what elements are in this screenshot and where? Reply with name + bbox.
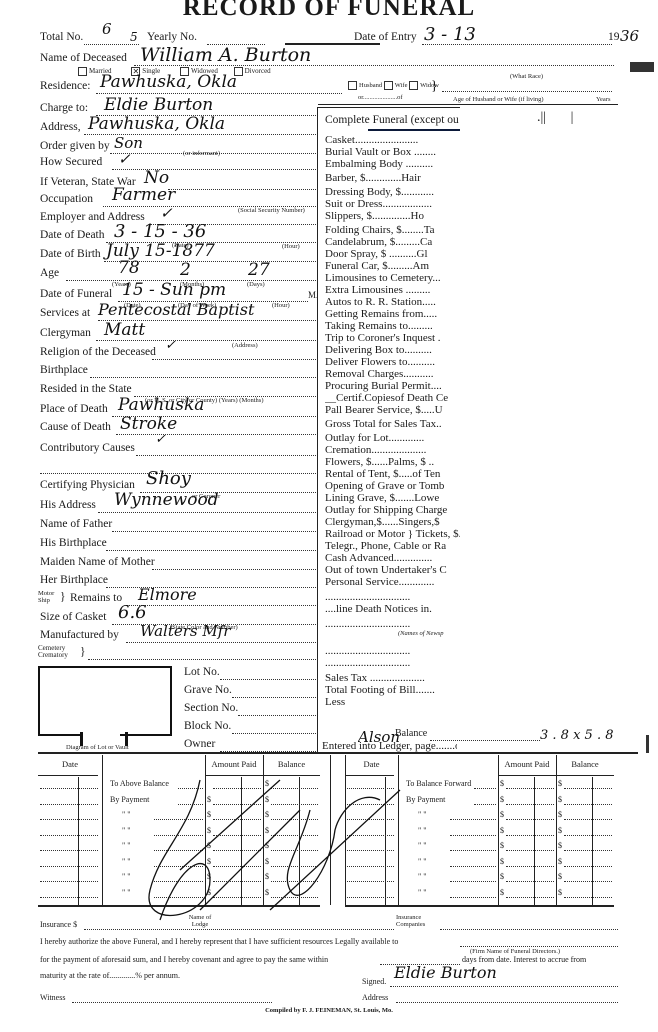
ledger-subcolumn-rule — [534, 777, 535, 905]
how-secured-value[interactable]: ✓ — [118, 150, 131, 168]
his-address-line — [98, 512, 316, 513]
ledger-header-balance: Balance — [263, 759, 320, 769]
address-footer-line — [396, 1002, 618, 1003]
charge-line-item: Outlay for Lot............. — [325, 432, 460, 444]
lot-no-label: Lot No. — [184, 666, 220, 678]
witness-line — [72, 1002, 272, 1003]
cause-label: Cause of Death — [40, 421, 111, 433]
charge-line-item: Getting Remains from..... — [325, 308, 460, 320]
ledger-amount-paid-cell[interactable]: $ — [500, 857, 504, 866]
charge-line-item: Deliver Flowers to.......... — [325, 356, 460, 368]
date-of-funeral-value[interactable]: 15 - Sun pm — [122, 280, 226, 300]
complete-funeral-heading: Complete Funeral (except ou — [325, 114, 460, 126]
ledger-amount-line — [506, 866, 554, 867]
ledger-balance-cell[interactable]: $ — [558, 795, 562, 804]
charge-line-item: Funeral Car, $.........Am — [325, 260, 460, 272]
address-footer-label: Address — [362, 993, 388, 1002]
charge-to-label: Charge to: — [40, 102, 88, 114]
charge-line-item: Personal Service............. — [325, 576, 460, 588]
charge-line-item: Less — [325, 696, 460, 708]
age-years-value[interactable]: 78 — [118, 258, 140, 278]
clergyman-line — [96, 340, 316, 341]
ledger-balance-line — [564, 850, 612, 851]
manufactured-value[interactable]: Walters Mfr — [140, 622, 230, 640]
charge-line-item: Lining Grave, $.......Lowe — [325, 492, 460, 504]
ledger-top-rule — [38, 752, 638, 754]
ledger-description-cell[interactable] — [450, 897, 496, 898]
ledger-balance-line — [564, 804, 612, 805]
what-race-label: (What Race) — [510, 73, 543, 80]
hour-sub: (Hour) — [282, 243, 300, 250]
services-label: Services at — [40, 307, 90, 319]
header-divider — [318, 104, 618, 105]
ledger-column-rule — [556, 755, 557, 905]
payment-text: for the payment of aforesaid sum, and I … — [40, 955, 328, 964]
ledger-date-cell[interactable] — [40, 835, 98, 836]
balance-label: Balance — [395, 728, 427, 739]
ledger-entry-label: Entered into Ledger, page.......or below… — [322, 740, 457, 752]
ledger-header-date: Date — [38, 759, 102, 769]
cause-line — [116, 434, 316, 435]
contributory-value[interactable]: ✓ — [155, 432, 166, 447]
section-no-line — [238, 715, 316, 716]
ledger-header-date: Date — [345, 759, 398, 769]
ledger-balance-line — [564, 819, 612, 820]
employer-value[interactable]: ✓ — [160, 204, 173, 222]
ledger-amount-paid-cell[interactable]: $ — [500, 826, 504, 835]
ledger-amount-paid-cell[interactable]: $ — [500, 810, 504, 819]
charge-line-item: Candelabrum, $.........Ca — [325, 236, 460, 248]
ledger-header-amount-paid: Amount Paid — [498, 759, 556, 769]
balance-scrawl[interactable]: 3 . 8 x 5 . 8 — [540, 728, 613, 743]
ledger-date-cell[interactable] — [40, 804, 98, 805]
his-address-label: His Address — [40, 499, 96, 511]
yearly-no-handwritten[interactable]: 5 — [130, 30, 138, 44]
ledger-description-cell[interactable] — [450, 881, 496, 882]
cemetery-line — [88, 659, 316, 660]
age-spouse-label: Age of Husband or Wife (if living) — [453, 96, 544, 103]
resided-label: Resided in the State — [40, 383, 132, 395]
residence-label: Residence: — [40, 80, 90, 92]
ledger-header-underline — [38, 775, 98, 776]
ledger-amount-line — [506, 897, 554, 898]
father-line — [112, 531, 316, 532]
ledger-balance-line — [564, 881, 612, 882]
address-label: Address, — [40, 121, 81, 133]
ledger-balance-line — [564, 866, 612, 867]
casket-size-value[interactable]: 6.6 — [118, 602, 147, 623]
ledger-column-rule — [102, 755, 103, 905]
ledger-amount-line — [506, 835, 554, 836]
cemetery-brace: } — [80, 646, 86, 658]
ledger-date-cell[interactable] — [40, 788, 98, 789]
contributory-line — [136, 455, 316, 456]
charge-line-item: Rental of Tent, $.....of Ten — [325, 468, 460, 480]
ledger-balance-cell[interactable]: $ — [558, 841, 562, 850]
charge-line-item: Extra Limousines ......... — [325, 284, 460, 296]
marital-divorced[interactable]: Divorced — [234, 67, 271, 75]
charge-line-item: Cash Advanced.............. — [325, 552, 460, 564]
residence-line — [96, 93, 342, 94]
lot-diagram-box — [38, 666, 172, 736]
charge-line-item: Autos to R. R. Station..... — [325, 296, 460, 308]
charge-line-item: Total Footing of Bill....... — [325, 684, 460, 696]
religion-value[interactable]: ✓ — [165, 338, 176, 353]
ink-marks: .|| | — [537, 110, 573, 126]
year-value[interactable]: 36 — [620, 27, 639, 45]
age-days-value[interactable]: 27 — [248, 260, 270, 280]
manufactured-label: Manufactured by — [40, 629, 119, 641]
section-no-label: Section No. — [184, 702, 238, 714]
ledger-header-underline — [498, 775, 614, 776]
religion-line — [152, 359, 316, 360]
place-of-death-value[interactable]: Pawhuska — [118, 395, 204, 415]
ledger-amount-line — [506, 788, 554, 789]
ledger-balance-cell[interactable]: $ — [558, 857, 562, 866]
lodge-label: Name of Lodge — [184, 914, 216, 928]
order-given-label: Order given by — [40, 140, 110, 152]
services-value[interactable]: Pentecostal Baptist — [98, 300, 254, 319]
spouse-line — [442, 91, 612, 92]
charge-line-item: __Certif.Copiesof Death Ce — [325, 392, 460, 404]
charge-line-item: Delivering Box to.......... — [325, 344, 460, 356]
birthplace-label: Birthplace — [40, 364, 88, 376]
occupation-label: Occupation — [40, 193, 93, 205]
ledger-description-cell[interactable] — [450, 866, 496, 867]
clergyman-label: Clergyman — [40, 327, 91, 339]
diagram-opening — [80, 730, 120, 736]
physician-value[interactable]: Shoy — [146, 468, 191, 489]
ledger-date-cell[interactable] — [40, 819, 98, 820]
spouse-or-of: or.....................of — [358, 94, 403, 101]
block-no-label: Block No. — [184, 720, 231, 732]
year-prefix: 19 — [608, 31, 620, 43]
his-address-value[interactable]: Wynnewood — [114, 490, 219, 510]
charge-line-item: Suit or Dress.................. — [325, 198, 460, 210]
motor-ship-label: Motor Ship — [38, 590, 54, 604]
grave-no-line — [232, 697, 316, 698]
charge-line-item: ............................... — [325, 657, 460, 669]
ledger-amount-line — [506, 850, 554, 851]
ledger-header-balance: Balance — [556, 759, 614, 769]
clergyman-value[interactable]: Matt — [104, 320, 145, 340]
remains-to-line — [126, 605, 316, 606]
checkbox-husband[interactable] — [348, 81, 357, 90]
mother-label: Maiden Name of Mother — [40, 556, 155, 568]
signed-line — [390, 986, 618, 987]
signed-value[interactable]: Eldie Burton — [394, 963, 497, 982]
place-of-death-label: Place of Death — [40, 403, 108, 415]
owner-label: Owner — [184, 738, 215, 750]
ledger-date-cell[interactable] — [40, 881, 98, 882]
ledger-description-cell[interactable] — [450, 835, 496, 836]
date-of-birth-label: Date of Birth — [40, 248, 101, 260]
total-no-line — [84, 44, 139, 45]
yearly-no-label: Yearly No. — [147, 31, 197, 43]
total-no-label: Total No. — [40, 31, 83, 43]
charge-line-item: Pall Bearer Service, $.....U — [325, 404, 460, 416]
insurance-companies-line — [440, 929, 618, 930]
or-informant-sub: (or informant) — [183, 150, 220, 157]
charge-line-item: Barber, $.............Hair — [325, 172, 460, 184]
ledger-date-cell[interactable] — [40, 850, 98, 851]
clergy-address-sub: (Address) — [232, 342, 258, 349]
ledger-amount-paid-cell[interactable]: $ — [500, 872, 504, 881]
contributory-label: Contributory Causes — [40, 442, 135, 454]
document-title: RECORD OF FUNERAL — [0, 0, 658, 22]
address-value[interactable]: Pawhuska, Okla — [88, 114, 225, 134]
ledger-balance-cell[interactable]: $ — [558, 810, 562, 819]
ledger-amount-paid-cell[interactable]: $ — [500, 779, 504, 788]
how-secured-label: How Secured — [40, 156, 102, 168]
ledger-balance-line — [564, 835, 612, 836]
ledger-amount-line — [506, 804, 554, 805]
insurance-line — [84, 929, 394, 930]
ssn-sub: (Social Security Number) — [238, 207, 305, 214]
charge-line-item: Burial Vault or Box ........ — [325, 146, 460, 158]
his-birthplace-line — [106, 550, 316, 551]
charge-line-item: Dressing Body, $............ — [325, 186, 460, 198]
grave-no-label: Grave No. — [184, 684, 232, 696]
date-of-funeral-label: Date of Funeral — [40, 288, 112, 300]
date-of-entry-value[interactable]: 3 - 13 — [424, 24, 476, 45]
charge-line-item: (Names of Newsp — [398, 630, 533, 637]
checkbox-wife[interactable] — [384, 81, 393, 90]
charge-line-item: Clergyman,$......Singers,$ — [325, 516, 460, 528]
ledger-balance-line — [564, 897, 612, 898]
occupation-value[interactable]: Farmer — [112, 185, 175, 205]
charge-line-item: Sales Tax .................... — [325, 672, 460, 684]
ledger-amount-paid-cell[interactable]: $ — [500, 841, 504, 850]
father-label: Name of Father — [40, 518, 112, 530]
charge-to-value[interactable]: Eldie Burton — [104, 95, 213, 115]
firm-name-sub: (Firm Name of Funeral Directors.) — [470, 948, 560, 955]
lot-no-line — [220, 679, 316, 680]
ledger-subcolumn-rule — [78, 777, 79, 905]
checkbox-widow[interactable] — [409, 81, 418, 90]
remains-to-label: Remains to — [70, 592, 122, 604]
charge-line-item: Opening of Grave or Tomb — [325, 480, 460, 492]
ledger-date-cell[interactable] — [40, 897, 98, 898]
veteran-line — [168, 189, 316, 190]
charge-line-item: Telegr., Phone, Cable or Ra — [325, 540, 460, 552]
charge-line-item: Removal Charges........... — [325, 368, 460, 380]
funeral-hour-sub: (Hour) — [272, 302, 290, 309]
insurance-companies-label: Insurance Companies — [396, 914, 446, 928]
charge-line-item: Folding Chairs, $........Ta — [325, 224, 460, 236]
ledger-amount-paid-cell[interactable]: $ — [500, 795, 504, 804]
days-sub: (Days) — [247, 281, 265, 288]
charges-panel: Complete Funeral (except ou Casket......… — [317, 107, 460, 753]
date-of-death-label: Date of Death — [40, 229, 105, 241]
residence-value[interactable]: Pawhuska, Okla — [100, 72, 237, 92]
her-birthplace-label: Her Birthplace — [40, 574, 108, 586]
ledger-amount-paid-cell[interactable]: $ — [500, 888, 504, 897]
charge-line-item: Out of town Undertaker's C — [325, 564, 460, 576]
date-of-death-value[interactable]: 3 - 15 - 36 — [114, 221, 206, 242]
signed-label: Signed. — [362, 977, 386, 986]
charge-line-item: Cremation.................... — [325, 444, 460, 456]
ledger-description-cell[interactable] — [450, 850, 496, 851]
insurance-label: Insurance $ — [40, 920, 77, 929]
charge-line-item: ............................... — [325, 591, 460, 603]
cause-value[interactable]: Stroke — [120, 414, 177, 434]
charge-line-item: Procuring Burial Permit.... — [325, 380, 460, 392]
mother-line — [152, 569, 316, 570]
charge-line-item: Taking Remains to......... — [325, 320, 460, 332]
page-edge-shadow — [630, 62, 654, 72]
how-secured-line — [112, 169, 316, 170]
charge-line-item: Railroad or Motor } Tickets, $......... — [325, 528, 460, 540]
charge-line-item: Door Spray, $ ..........Gl — [325, 248, 460, 260]
balance-line — [430, 740, 540, 741]
charge-line-item: ....line Death Notices in. — [325, 603, 460, 615]
ledger-description-cell[interactable] — [450, 819, 496, 820]
name-of-deceased-label: Name of Deceased — [40, 52, 127, 64]
charge-line-item: Trip to Coroner's Inquest . — [325, 332, 460, 344]
religion-label: Religion of the Deceased — [40, 346, 156, 358]
cemetery-crematory-label: CemeteryCrematory — [38, 645, 68, 659]
block-no-line — [232, 733, 316, 734]
charge-line-item: Limousines to Cemetery... — [325, 272, 460, 284]
spouse-brace: } — [431, 79, 438, 95]
charge-line-item: ............................... — [325, 618, 460, 630]
ledger-column-rule — [498, 755, 499, 905]
years-label: Years — [596, 96, 611, 103]
charge-line-item: Embalming Body .......... — [325, 158, 460, 170]
ledger-date-cell[interactable] — [40, 866, 98, 867]
ledger-description-cell[interactable] — [474, 788, 496, 789]
his-birthplace-label: His Birthplace — [40, 537, 107, 549]
remains-to-brace: } — [60, 591, 66, 603]
ledger-balance-line — [564, 788, 612, 789]
manufactured-line — [126, 642, 316, 643]
witness-label: Witness — [40, 993, 65, 1002]
charge-line-item: Casket....................... — [325, 134, 460, 146]
ledger-amount-line — [506, 881, 554, 882]
authorize-text: I hereby authorize the above Funeral, an… — [40, 937, 398, 946]
charge-line-item: Outlay for Shipping Charge — [325, 504, 460, 516]
ledger-balance-cell[interactable]: $ — [558, 888, 562, 897]
total-no-value[interactable]: 6 — [102, 20, 112, 38]
charge-line-item: Gross Total for Sales Tax.. — [325, 418, 460, 430]
birthplace-line — [90, 377, 316, 378]
age-label: Age — [40, 267, 59, 279]
diagram-caption: Diagram of Lot or Vault — [66, 744, 129, 751]
charge-line-item: Flowers, $......Palms, $ .. — [325, 456, 460, 468]
maturity-text: maturity at the rate of.............% pe… — [40, 971, 180, 980]
spouse-options: Husband Wife Widow — [348, 81, 439, 90]
compiled-by: Compiled by F. J. FEINEMAN, St. Louis, M… — [0, 1007, 658, 1014]
ledger-balance-cell[interactable]: $ — [558, 826, 562, 835]
ledger-balance-cell[interactable]: $ — [558, 779, 562, 788]
charge-line-item: ............................... — [325, 645, 460, 657]
ledger-subcolumn-rule — [592, 777, 593, 905]
ledger-description-cell[interactable] — [474, 804, 496, 805]
page-edge-mark — [646, 735, 649, 753]
ledger-header-amount-paid: Amount Paid — [205, 759, 263, 769]
heading-underline — [368, 129, 460, 131]
firm-line — [460, 946, 618, 947]
name-of-deceased-value[interactable]: William A. Burton — [140, 44, 311, 66]
handwritten-signature-scrawl — [120, 770, 420, 940]
charge-line-item: Slippers, $..............Ho — [325, 210, 460, 222]
ledger-balance-cell[interactable]: $ — [558, 872, 562, 881]
checkbox-married[interactable] — [78, 67, 87, 76]
age-months-value[interactable]: 2 — [180, 260, 191, 280]
date-of-entry-label: Date of Entry — [354, 31, 417, 43]
ledger-amount-line — [506, 819, 554, 820]
remains-to-value[interactable]: Elmore — [138, 585, 197, 604]
casket-size-label: Size of Casket — [40, 611, 106, 623]
